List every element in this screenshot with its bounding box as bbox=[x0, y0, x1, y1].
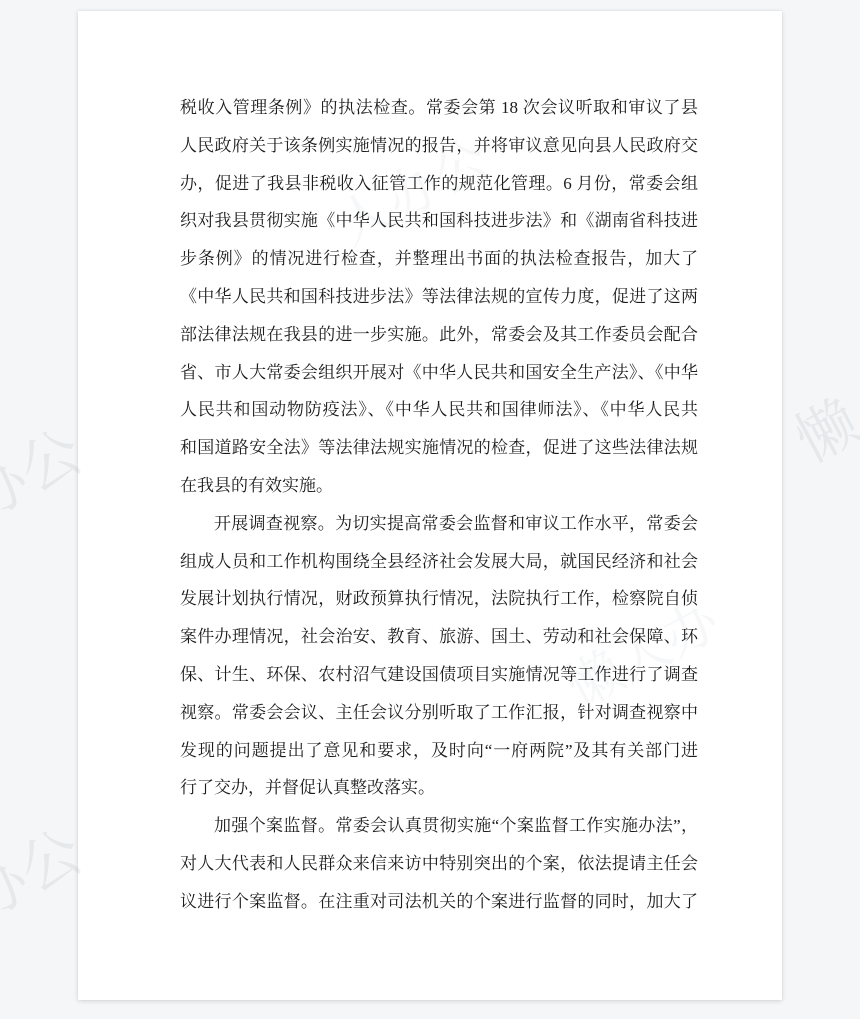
text-line: 保、计生、环保、农村沼气建设国债项目实施情况等工作进行了调查 bbox=[180, 656, 698, 694]
text-line: 发展计划执行情况，财政预算执行情况，法院执行工作，检察院自侦 bbox=[180, 580, 698, 618]
text-line: 在我县的有效实施。 bbox=[180, 467, 698, 505]
text-line: 和国道路安全法》等法律法规实施情况的检查，促进了这些法律法规 bbox=[180, 429, 698, 467]
text-line: 部法律法规在我县的进一步实施。此外，常委会及其工作委员会配合 bbox=[180, 316, 698, 354]
text-line: 《中华人民共和国科技进步法》等法律法规的宣传力度，促进了这两 bbox=[180, 278, 698, 316]
text-line: 人民共和国动物防疫法》、《中华人民共和国律师法》、《中华人民共 bbox=[180, 391, 698, 429]
text-line: 步条例》的情况进行检查，并整理出书面的执法检查报告，加大了 bbox=[180, 240, 698, 278]
text-line: 加强个案监督。常委会认真贯彻实施“个案监督工作实施办法”， bbox=[180, 807, 698, 845]
text-line: 案件办理情况，社会治安、教育、旅游、国土、劳动和社会保障、环 bbox=[180, 618, 698, 656]
text-line: 办，促进了我县非税收入征管工作的规范化管理。6 月份，常委会组 bbox=[180, 165, 698, 203]
watermark: 懒人办 bbox=[778, 319, 860, 479]
text-line: 税收入管理条例》的执法检查。常委会第 18 次会议听取和审议了县 bbox=[180, 89, 698, 127]
text-line: 人民政府关于该条例实施情况的报告，并将审议意见向县人民政府交 bbox=[180, 127, 698, 165]
desktop-background: 税收入管理条例》的执法检查。常委会第 18 次会议听取和审议了县 人民政府关于该… bbox=[0, 0, 860, 1019]
document-text: 税收入管理条例》的执法检查。常委会第 18 次会议听取和审议了县 人民政府关于该… bbox=[180, 89, 698, 921]
text-line: 议进行个案监督。在注重对司法机关的个案进行监督的同时，加大了 bbox=[180, 883, 698, 921]
text-line: 发现的问题提出了意见和要求，及时向“一府两院”及其有关部门进 bbox=[180, 732, 698, 770]
text-line: 织对我县贯彻实施《中华人民共和国科技进步法》和《湖南省科技进 bbox=[180, 202, 698, 240]
text-line: 省、市人大常委会组织开展对《中华人民共和国安全生产法》、《中华 bbox=[180, 354, 698, 392]
text-line: 视察。常委会会议、主任会议分别听取了工作汇报，针对调查视察中 bbox=[180, 694, 698, 732]
text-line: 组成人员和工作机构围绕全县经济社会发展大局，就国民经济和社会 bbox=[180, 543, 698, 581]
text-line: 行了交办，并督促认真整改落实。 bbox=[180, 769, 698, 807]
text-line: 对人大代表和人民群众来信来访中特别突出的个案，依法提请主任会 bbox=[180, 845, 698, 883]
text-line: 开展调查视察。为切实提高常委会监督和审议工作水平，常委会 bbox=[180, 505, 698, 543]
document-page: 税收入管理条例》的执法检查。常委会第 18 次会议听取和审议了县 人民政府关于该… bbox=[78, 11, 782, 1000]
